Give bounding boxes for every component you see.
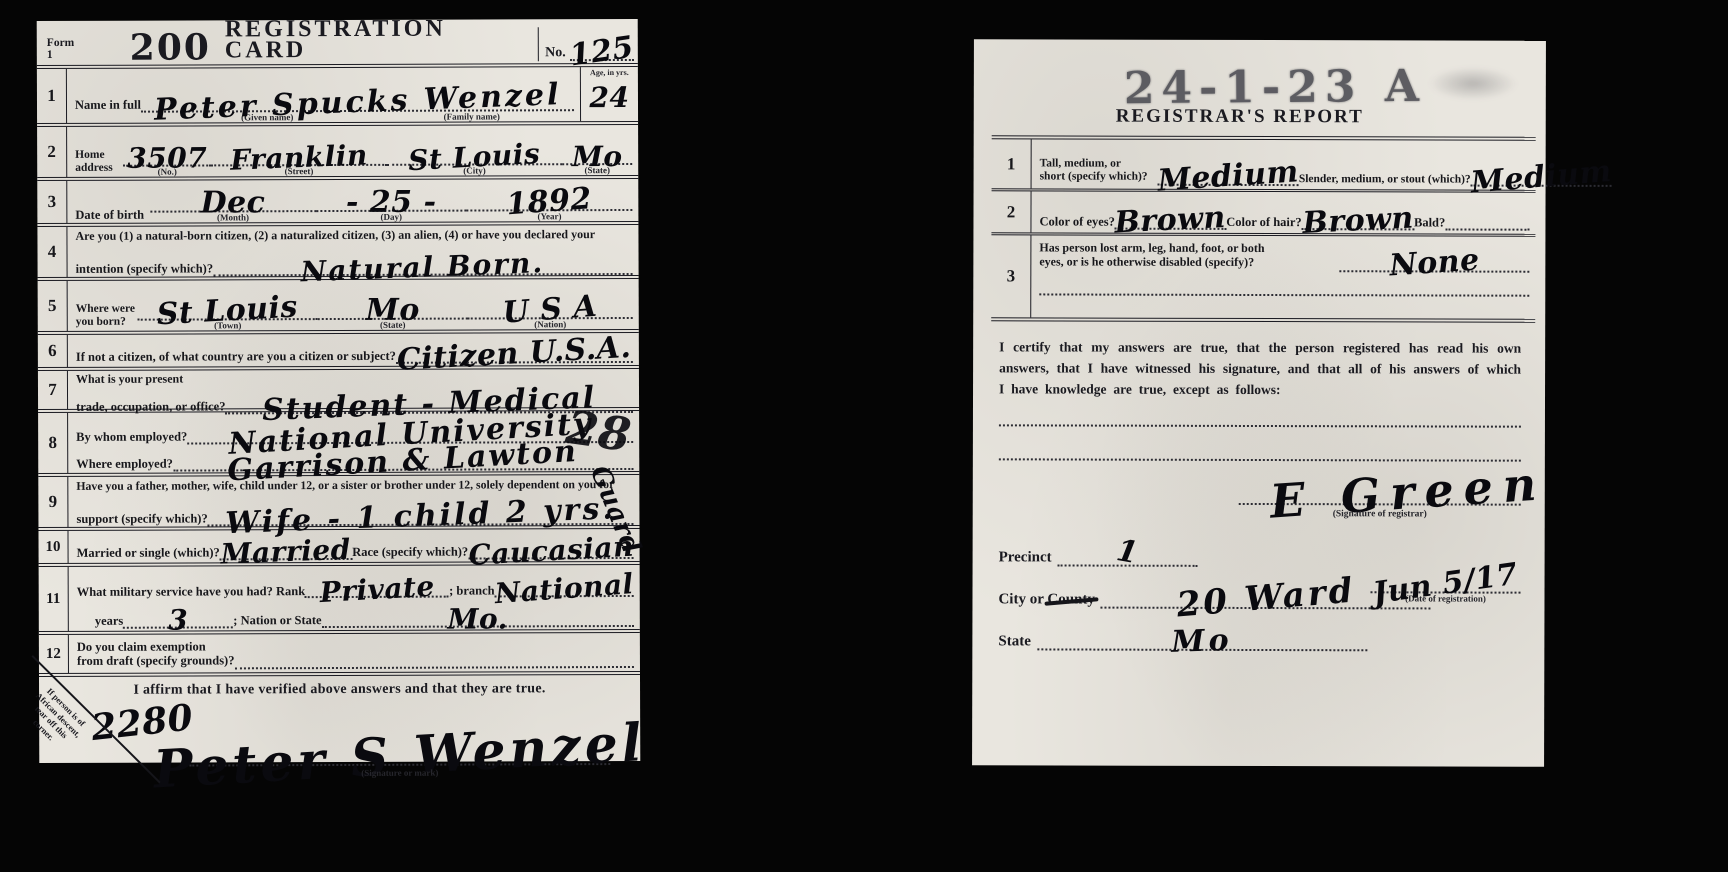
registrant-signature-line: Peter S Wenzel bbox=[189, 703, 610, 766]
subject-value: Citizen U.S.A. bbox=[397, 336, 633, 373]
employer-label: By whom employed? bbox=[76, 431, 187, 445]
line-number: 1 bbox=[992, 139, 1032, 188]
city-or-county-label: City or County bbox=[998, 591, 1094, 608]
registrar-signature-block: E Green (Signature of registrar) bbox=[999, 460, 1521, 519]
birth-year-value: 1892 bbox=[506, 187, 593, 217]
line-number: 9 bbox=[38, 477, 68, 527]
nation-or-state-label: ; Nation or State bbox=[233, 614, 321, 628]
city-label-part: City or bbox=[998, 591, 1043, 607]
build-label: Slender, medium, or stout (which)? bbox=[1299, 173, 1471, 186]
height-label-line2: short (specify which)? bbox=[1040, 170, 1158, 186]
line-number: 6 bbox=[38, 335, 68, 367]
form-line-3: 3 Date of birth Dec (Month) - 25 - (Day)… bbox=[37, 179, 638, 227]
registrar-header: 24-1-23 A REGISTRAR'S REPORT bbox=[974, 39, 1546, 136]
report-line-1: 1 Tall, medium, or short (specify which)… bbox=[992, 139, 1536, 192]
rank-value: Private bbox=[319, 576, 435, 605]
line-number: 3 bbox=[37, 181, 67, 223]
hair-value: Brown bbox=[1302, 207, 1414, 237]
registration-date-block: Jun 5/17 (Date of registration) bbox=[1370, 559, 1520, 603]
height-value: Medium bbox=[1157, 160, 1300, 193]
form-line-7: 7 What is your present trade, occupation… bbox=[38, 369, 639, 413]
precinct-label: Precinct bbox=[999, 549, 1052, 566]
signature-caption: (Signature or mark) bbox=[189, 767, 610, 778]
line-number: 8 bbox=[38, 413, 68, 473]
height-label-line1: Tall, medium, or bbox=[1040, 157, 1158, 171]
form-line-1: 1 Name in full Peter Spucks Wenzel (Give… bbox=[37, 67, 638, 127]
line-number: 2 bbox=[991, 191, 1031, 232]
form-line-12: 12 Do you claim exemption from draft (sp… bbox=[39, 633, 640, 677]
years-value: 3 bbox=[168, 609, 188, 631]
precinct-value: 1 bbox=[1115, 539, 1140, 566]
military-nation-value: Mo. bbox=[447, 608, 508, 631]
married-label: Married or single (which)? bbox=[77, 547, 220, 561]
form-line-4: 4 Are you (1) a natural-born citizen, (2… bbox=[37, 225, 638, 281]
exemption-label-line2: from draft (specify grounds)? bbox=[77, 653, 235, 670]
registrar-numbered-section: 1 Tall, medium, or short (specify which)… bbox=[991, 135, 1535, 322]
card-number-value: 125 bbox=[568, 36, 635, 69]
line-number: 5 bbox=[38, 281, 68, 331]
disability-label-line2: eyes, or is he otherwise disabled (speci… bbox=[1039, 255, 1339, 272]
born-town-value: St Louis bbox=[157, 295, 299, 327]
birth-day-value: - 25 - bbox=[346, 191, 437, 215]
birth-month-value: Dec bbox=[201, 191, 266, 215]
where-employed-label: Where employed? bbox=[76, 458, 173, 472]
line-number: 7 bbox=[38, 371, 68, 409]
registrar-report-card: 24-1-23 A REGISTRAR'S REPORT 1 Tall, med… bbox=[972, 39, 1546, 766]
county-label-struck: County bbox=[1047, 591, 1095, 607]
born-state-value: Mo bbox=[366, 299, 420, 323]
scanned-document-background: Form 1 200 REGISTRATION CARD No. 125 1 N… bbox=[0, 0, 1728, 872]
report-line-3: 3 Has person lost arm, leg, hand, foot, … bbox=[991, 235, 1535, 322]
registration-header: Form 1 200 REGISTRATION CARD No. 125 bbox=[37, 19, 638, 69]
branch-value: National bbox=[494, 573, 634, 606]
line-number: 4 bbox=[37, 227, 67, 277]
registration-title: REGISTRATION CARD bbox=[225, 18, 526, 62]
address-state-value: Mo bbox=[572, 146, 623, 169]
registrant-signature: Peter S Wenzel bbox=[153, 722, 647, 791]
registration-card: Form 1 200 REGISTRATION CARD No. 125 1 N… bbox=[37, 19, 641, 763]
form-number-label: Form 1 bbox=[47, 37, 82, 61]
age-value: 24 bbox=[589, 87, 629, 110]
state-value: Mo bbox=[1171, 629, 1233, 655]
line-number: 1 bbox=[37, 69, 67, 123]
line-number: 2 bbox=[37, 127, 67, 177]
registrar-footer-fields: Precinct 1 City or County 20 Ward State … bbox=[998, 524, 1520, 651]
years-label: years bbox=[95, 615, 124, 629]
race-label: Race (specify which)? bbox=[352, 546, 468, 560]
certification-text: I certify that my answers are true, that… bbox=[999, 337, 1521, 401]
military-rank-label: What military service have you had? Rank bbox=[77, 585, 306, 600]
report-line-2: 2 Color of eyes? Brown Color of hair? Br… bbox=[991, 191, 1535, 236]
eyes-value: Brown bbox=[1114, 206, 1226, 236]
born-nation-value: U S A bbox=[502, 295, 598, 326]
card-number-block: No. 125 bbox=[538, 27, 638, 61]
form-line-2: 2 Home address 3507 (No.) Franklin (Stre… bbox=[37, 125, 638, 181]
bald-blank-field bbox=[1445, 228, 1529, 230]
hair-label: Color of hair? bbox=[1226, 216, 1302, 230]
born-where-label: Where were you born? bbox=[76, 302, 138, 331]
form-line-9: 9 Have you a father, mother, wife, child… bbox=[38, 475, 639, 531]
subject-question-label: If not a citizen, of what country are yo… bbox=[76, 350, 396, 365]
birth-date-label: Date of birth bbox=[75, 209, 144, 223]
home-address-label: Home address bbox=[75, 148, 123, 177]
branch-label: ; branch bbox=[449, 584, 495, 598]
line-number: 3 bbox=[991, 235, 1031, 317]
race-value: Caucasian bbox=[468, 535, 634, 567]
line-number: 10 bbox=[38, 531, 68, 563]
age-column: Age, in yrs. 24 bbox=[580, 67, 638, 121]
registrar-title: REGISTRAR'S REPORT bbox=[974, 105, 1506, 128]
exception-blank-line-1 bbox=[999, 424, 1521, 427]
address-street-value: Franklin bbox=[230, 144, 368, 172]
report-blank-field bbox=[1039, 293, 1529, 296]
form-line-5: 5 Where were you born? St Louis (Town) M… bbox=[38, 279, 639, 335]
disability-value: None bbox=[1388, 248, 1480, 278]
exemption-blank-field bbox=[234, 642, 634, 669]
address-no-value: 3507 bbox=[127, 147, 207, 170]
registrar-signature-caption: (Signature of registrar) bbox=[1239, 509, 1521, 520]
stamp-28: 28 bbox=[564, 409, 633, 454]
serial-stamp-200: 200 bbox=[130, 34, 211, 63]
dependents-label-line2: support (specify which)? bbox=[76, 513, 207, 527]
no-label: No. bbox=[545, 45, 566, 61]
form-line-10: 10 Married or single (which)? Married Ra… bbox=[38, 529, 639, 567]
form-line-6: 6 If not a citizen, of what country are … bbox=[38, 333, 639, 371]
form-line-11: 11 What military service have you had? R… bbox=[39, 565, 640, 635]
bald-label: Bald? bbox=[1414, 217, 1445, 231]
married-value: Married bbox=[220, 538, 351, 565]
citizen-question-line1: Are you (1) a natural-born citizen, (2) … bbox=[75, 228, 632, 246]
faded-stamp-mark bbox=[1428, 66, 1518, 100]
citizen-question-line2: intention (specify which)? bbox=[76, 263, 214, 277]
signature-section: I affirm that I have verified above answ… bbox=[39, 675, 640, 793]
age-label: Age, in yrs. bbox=[590, 67, 629, 77]
line-number: 11 bbox=[39, 567, 69, 631]
corner-serial-number: 2280 bbox=[90, 703, 195, 743]
exemption-label-line1: Do you claim exemption bbox=[77, 639, 235, 654]
eyes-label: Color of eyes? bbox=[1039, 216, 1114, 230]
name-label: Name in full bbox=[75, 99, 141, 113]
affirmation-text: I affirm that I have verified above answ… bbox=[39, 675, 640, 699]
build-value: Medium bbox=[1470, 160, 1613, 196]
state-label: State bbox=[998, 633, 1031, 650]
form-line-8: 8 By whom employed? National University … bbox=[38, 411, 639, 477]
address-city-value: St Louis bbox=[408, 142, 541, 172]
